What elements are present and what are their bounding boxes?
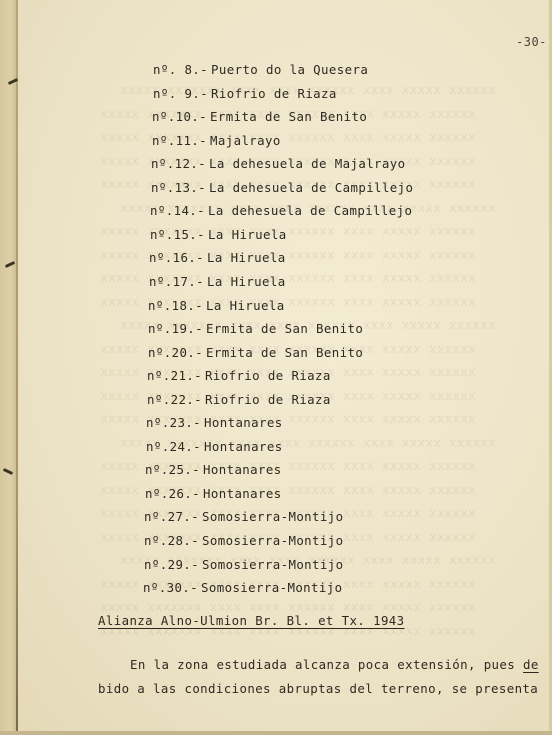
sample-location: Somosierra-Montijo (202, 557, 343, 572)
section-heading: Alianza Alno-Ulmion Br. Bl. et Tx. 1943 (98, 613, 405, 628)
list-item: nº.16.-La Hiruela (149, 250, 286, 265)
sample-location: Somosierra-Montijo (202, 509, 343, 524)
sample-number: nº.13.- (151, 180, 209, 195)
bleed-through-line: xxxxxx xxxxx xxxx xxxxxx xxxx xxxx xxxxx… (100, 599, 476, 614)
sample-number: nº.14.- (150, 203, 208, 218)
list-item: nº.11.-Majalrayo (152, 133, 281, 148)
sample-number: nº.16.- (149, 250, 207, 265)
sample-location: Hontanares (203, 486, 282, 501)
sample-number: nº.26.- (145, 486, 203, 501)
sample-location: La Hiruela (207, 250, 286, 265)
sample-number: nº.25.- (145, 462, 203, 477)
sample-number: nº.22.- (147, 392, 205, 407)
sample-number: nº.18.- (148, 298, 206, 313)
list-item: nº.26.-Hontanares (145, 486, 282, 501)
sample-number: nº.30.- (143, 580, 201, 595)
sample-location: La dehesuela de Majalrayo (209, 156, 406, 171)
document-page: xxxxxx xxxxx xxxx xxxxxx xxxx xxxx xxxxx… (0, 0, 552, 735)
list-item: nº.13.-La dehesuela de Campillejo (151, 180, 413, 195)
list-item: nº.27.-Somosierra-Montijo (144, 509, 343, 524)
sample-location: Riofrio de Riaza (205, 368, 331, 383)
sample-location: La Hiruela (208, 227, 287, 242)
sample-location: Riofrio de Riaza (205, 392, 331, 407)
list-item: nº.19.-Ermita de San Benito (148, 321, 363, 336)
list-item: nº.30.-Somosierra-Montijo (143, 580, 342, 595)
list-item: nº.23.-Hontanares (146, 415, 283, 430)
sample-number: nº.15.- (150, 227, 208, 242)
list-item: nº.12.-La dehesuela de Majalrayo (151, 156, 406, 171)
list-item: nº.22.-Riofrio de Riaza (147, 392, 331, 407)
sample-number: nº.19.- (148, 321, 206, 336)
page-bottom-edge (0, 731, 552, 735)
list-item: nº. 9.-Riofrio de Riaza (153, 86, 337, 101)
paragraph-line-1: En la zona estudiada alcanza poca extens… (130, 657, 539, 672)
sample-number: nº.10.- (152, 109, 210, 124)
list-item: nº.17.-La Hiruela (149, 274, 286, 289)
sample-location: Majalrayo (210, 133, 281, 148)
sample-location: Ermita de San Benito (210, 109, 367, 124)
sample-location: Riofrio de Riaza (211, 86, 337, 101)
sample-number: nº. 9.- (153, 86, 211, 101)
list-item: nº.28.-Somosierra-Montijo (144, 533, 343, 548)
sample-location: La Hiruela (207, 274, 286, 289)
sample-number: nº. 8.- (153, 62, 211, 77)
sample-location: Puerto do la Quesera (211, 62, 368, 77)
sample-location: La dehesuela de Campillejo (209, 180, 413, 195)
paragraph-line-2: bido a las condiciones abruptas del terr… (98, 681, 538, 696)
sample-location: Hontanares (204, 415, 283, 430)
binding-edge (16, 0, 18, 735)
sample-number: nº.29.- (144, 557, 202, 572)
sample-location: La dehesuela de Campillejo (208, 203, 412, 218)
sample-number: nº.23.- (146, 415, 204, 430)
sample-location: Ermita de San Benito (206, 321, 363, 336)
paragraph-text: En la zona estudiada alcanza poca extens… (130, 657, 523, 672)
sample-location: Hontanares (203, 462, 282, 477)
sample-number: nº.11.- (152, 133, 210, 148)
list-item: nº.25.-Hontanares (145, 462, 282, 477)
sample-number: nº.28.- (144, 533, 202, 548)
sample-number: nº.20.- (148, 345, 206, 360)
sample-number: nº.27.- (144, 509, 202, 524)
list-item: nº. 8.-Puerto do la Quesera (153, 62, 368, 77)
sample-location: La Hiruela (206, 298, 285, 313)
list-item: nº.24.-Hontanares (146, 439, 283, 454)
sample-location: Ermita de San Benito (206, 345, 363, 360)
sample-location: Somosierra-Montijo (202, 533, 343, 548)
paragraph-text-underlined: de (523, 657, 539, 672)
sample-number: nº.17.- (149, 274, 207, 289)
sample-location: Somosierra-Montijo (201, 580, 342, 595)
list-item: nº.15.-La Hiruela (150, 227, 287, 242)
sample-number: nº.21.- (147, 368, 205, 383)
sample-location: Hontanares (204, 439, 283, 454)
sample-number: nº.24.- (146, 439, 204, 454)
list-item: nº.14.-La dehesuela de Campillejo (150, 203, 412, 218)
list-item: nº.21.-Riofrio de Riaza (147, 368, 331, 383)
list-item: nº.10.-Ermita de San Benito (152, 109, 367, 124)
list-item: nº.20.-Ermita de San Benito (148, 345, 363, 360)
list-item: nº.18.-La Hiruela (148, 298, 285, 313)
list-item: nº.29.-Somosierra-Montijo (144, 557, 343, 572)
page-number: -30- (516, 35, 547, 49)
sample-number: nº.12.- (151, 156, 209, 171)
